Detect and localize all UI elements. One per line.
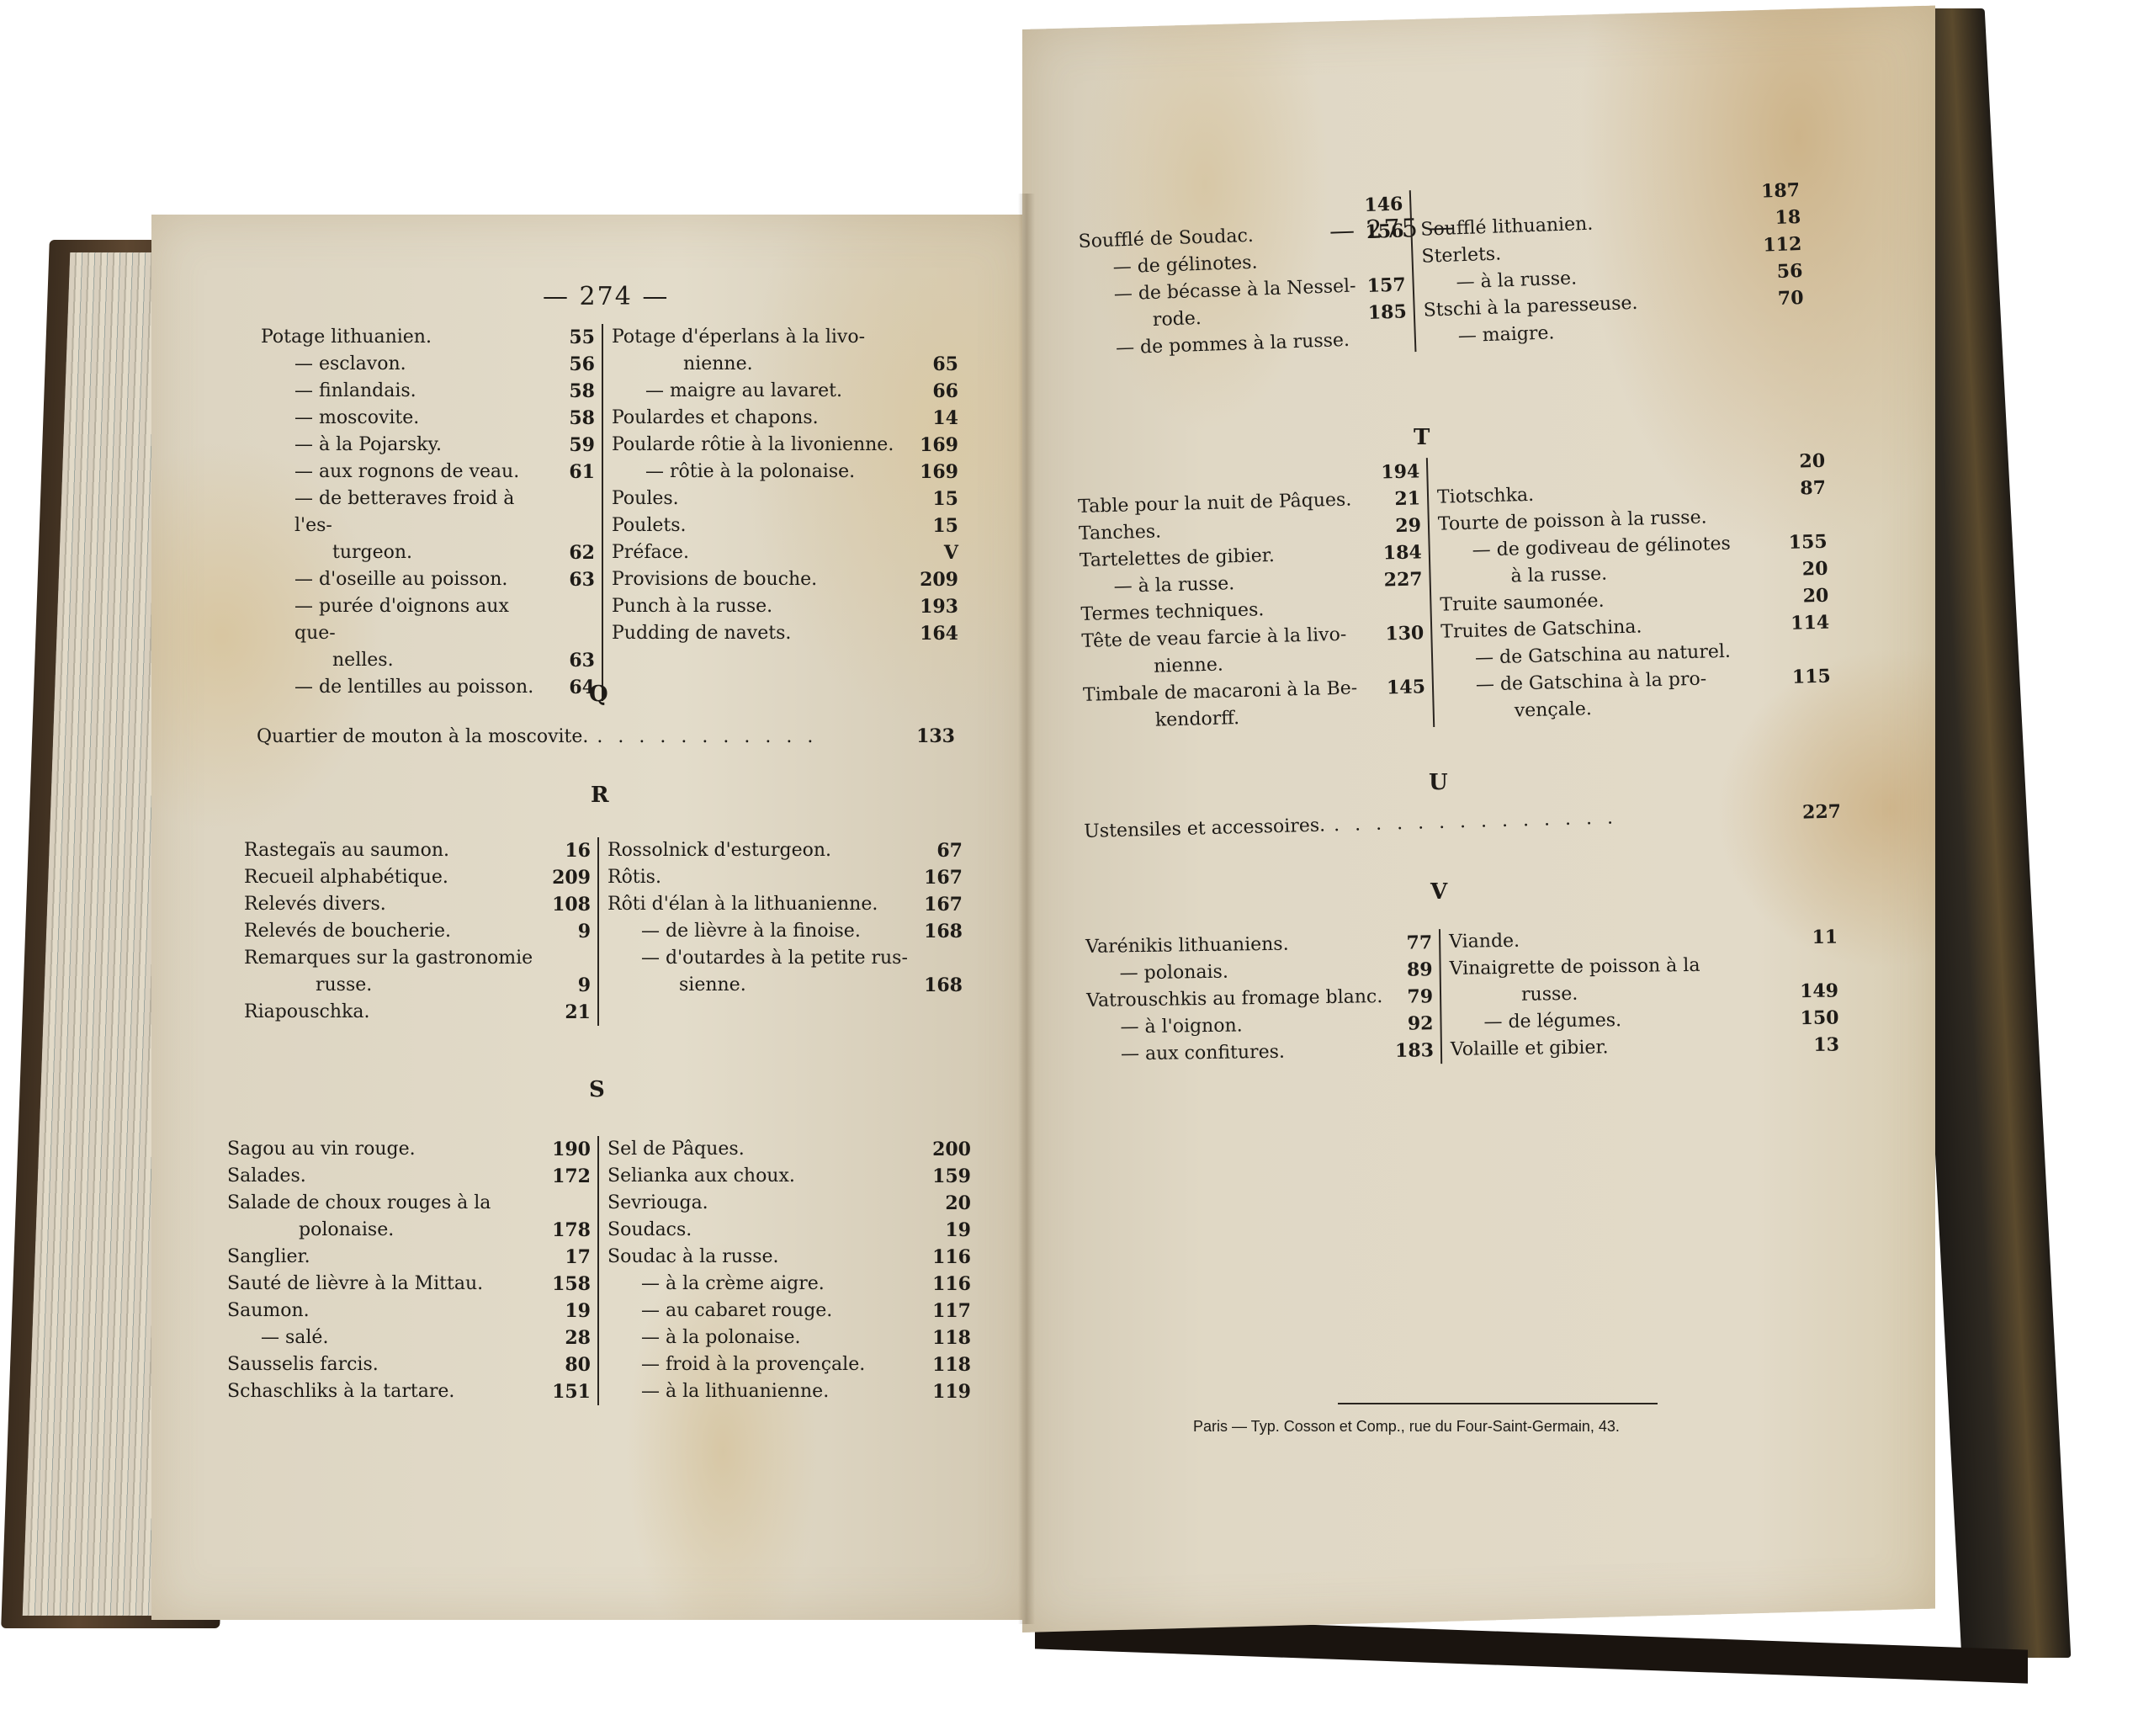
entry-page: 20 [1780,581,1836,610]
entry-page: 168 [914,972,969,999]
entry-page: 19 [542,1298,597,1325]
entry-page: 115 [1781,662,1838,691]
entry-page: 184 [1372,539,1429,567]
entry-page: 21 [1371,485,1428,513]
index-entry: — esclavon.56 [261,351,602,378]
entry-text: Selianka aux choux. [607,1163,922,1190]
index-entry: sienne.168 [607,972,969,999]
index-entry: Relevés divers.108 [244,891,597,918]
index-entry: Rôtis.167 [607,864,969,891]
entry-page: 119 [922,1378,978,1405]
entry-text: Rossolnick d'esturgeon. [607,837,914,864]
entry-page: 227 [1802,800,1842,823]
entry-text: Sevriouga. [607,1190,922,1217]
entry-text: — aux confitures. [1087,1038,1385,1069]
section-letter-t: T [1414,425,1430,450]
open-book: — 274 — Potage lithuanien.55— esclavon.5… [0,0,2154,1736]
entry-text: turgeon. [261,539,546,566]
entry-text: Volaille et gibier. [1451,1032,1791,1064]
entry-page: 15 [910,486,965,512]
entry-text: Poulardes et chapons. [612,405,910,432]
section-letter-v: V [1430,879,1447,905]
entry-text: Riapouschka. [244,999,542,1026]
column-left: 146Soufflé de Soudac.156— de gélinotes.—… [1077,190,1414,364]
index-section-s: Sagou au vin rouge.190Salades.172Salade … [227,1136,978,1405]
column-left: Sagou au vin rouge.190Salades.172Salade … [227,1136,597,1405]
entry-text: Quartier de mouton à la moscovite. [257,726,588,747]
entry-page: 193 [910,593,965,620]
entry-text: nelles. [261,647,546,674]
index-entry: Pudding de navets.164 [612,620,965,647]
index-entry: — purée d'oignons aux que- [261,593,602,647]
entry-page: 18 [1752,204,1808,232]
index-entry: — à la Pojarsky.59 [261,432,602,459]
entry-text: — de lièvre à la finoise. [607,918,914,945]
entry-page: 172 [542,1163,597,1190]
entry-text: Sagou au vin rouge. [227,1136,542,1163]
index-entry-quartier: Quartier de mouton à la moscovite. .....… [257,725,955,747]
entry-page: 169 [910,459,965,486]
entry-page: 133 [916,725,955,747]
entry-page: 28 [542,1325,597,1351]
entry-text: — à la Pojarsky. [261,432,546,459]
index-entry: Rôti d'élan à la lithuanienne.167 [607,891,969,918]
entry-text: Salades. [227,1163,542,1190]
index-entry: — à la polonaise.118 [607,1325,978,1351]
entry-page: 89 [1383,956,1439,984]
entry-text: — à la crème aigre. [607,1271,922,1298]
entry-page: 168 [914,918,969,945]
entry-page: 187 [1751,177,1807,205]
entry-page: 63 [546,647,602,674]
index-entry: Sauté de lièvre à la Mittau.158 [227,1271,597,1298]
index-entry: Sevriouga.20 [607,1190,978,1217]
entry-text: Schaschliks à la tartare. [227,1378,542,1405]
entry-text: Punch à la russe. [612,593,910,620]
entry-text: Préface. [612,539,910,566]
entry-text: Recueil alphabétique. [244,864,542,891]
entry-page: 116 [922,1271,978,1298]
entry-text: Rôtis. [607,864,914,891]
entry-page: 108 [542,891,597,918]
column-left: Varénikis lithuaniens.77— polonais.89Vat… [1085,929,1440,1069]
section-letter-q: Q [589,682,608,707]
index-entry: Relevés de boucherie.9 [244,918,597,945]
index-entry: Riapouschka.21 [244,999,597,1026]
column-right: Rossolnick d'esturgeon.67Rôtis.167Rôti d… [597,837,969,1026]
entry-page: 79 [1384,983,1440,1011]
index-entry: — au cabaret rouge.117 [607,1298,978,1325]
entry-page: 194 [1371,458,1427,486]
index-entry: Potage d'éperlans à la livo- [612,324,965,351]
entry-page: 19 [922,1217,978,1244]
entry-page: 56 [546,351,602,378]
entry-page: 178 [542,1217,597,1244]
entry-text: — moscovite. [261,405,546,432]
entry-page: 156 [1355,217,1411,246]
entry-page: 149 [1790,977,1845,1005]
entry-text: Poulets. [612,512,910,539]
section-letter-u: U [1429,770,1448,795]
entry-page: 130 [1375,619,1431,648]
entry-text: — d'outardes à la petite rus- [607,945,914,972]
column-left: 194Table pour la nuit de Pâques.21Tanche… [1077,458,1433,736]
index-entry: — de betteraves froid à l'es- [261,486,602,539]
entry-page: 159 [922,1163,978,1190]
index-entry: russe.9 [244,972,597,999]
column-right: Sel de Pâques.200Selianka aux choux.159S… [597,1136,978,1405]
entry-text: Salade de choux rouges à la [227,1190,542,1217]
entry-page: 80 [542,1351,597,1378]
entry-page: 58 [546,378,602,405]
index-entry: Soudacs.19 [607,1217,978,1244]
index-entry: turgeon.62 [261,539,602,566]
entry-text: — polonais. [1085,957,1383,988]
entry-page: 190 [542,1136,597,1163]
entry-text: Sauté de lièvre à la Mittau. [227,1271,542,1298]
entry-page: 17 [542,1244,597,1271]
entry-text: Potage d'éperlans à la livo- [612,324,910,351]
index-entry: — finlandais.58 [261,378,602,405]
entry-text: — finlandais. [261,378,546,405]
entry-page: 65 [910,351,965,378]
index-entry: — salé.28 [227,1325,597,1351]
entry-page: 118 [922,1351,978,1378]
entry-text: — à l'oignon. [1086,1011,1384,1042]
entry-text: — d'oseille au poisson. [261,566,546,593]
index-entry: Soudac à la russe.116 [607,1244,978,1271]
entry-page: 20 [922,1190,978,1217]
entry-page: 59 [546,432,602,459]
entry-page: 67 [914,837,969,864]
column-left: Rastegaïs au saumon.16Recueil alphabétiq… [244,837,597,1026]
index-entry: Schaschliks à la tartare.151 [227,1378,597,1405]
index-section-p: Potage lithuanien.55— esclavon.56— finla… [261,324,965,701]
book-gutter [1018,194,1035,1624]
entry-page: 20 [1779,555,1835,583]
index-entry: Préface.V [612,539,965,566]
entry-page: 20 [1776,448,1833,476]
entry-page: 16 [542,837,597,864]
index-entry: Salades.172 [227,1163,597,1190]
entry-text: Varénikis lithuaniens. [1085,930,1383,961]
index-entry: Potage lithuanien.55 [261,324,602,351]
entry-page: 66 [910,378,965,405]
entry-page: 183 [1385,1037,1440,1064]
entry-page: 145 [1377,673,1433,702]
entry-text: Potage lithuanien. [261,324,546,351]
index-entry: Poulardes et chapons.14 [612,405,965,432]
printer-imprint: Paris — Typ. Cosson et Comp., rue du Fou… [1193,1418,1620,1436]
index-entry: Sagou au vin rouge.190 [227,1136,597,1163]
entry-text: Soudac à la russe. [607,1244,922,1271]
entry-text: Soudacs. [607,1217,922,1244]
entry-page: 150 [1790,1004,1845,1032]
entry-page: 92 [1384,1010,1440,1038]
index-entry: Recueil alphabétique.209 [244,864,597,891]
entry-page: 185 [1357,298,1414,326]
entry-text: Rastegaïs au saumon. [244,837,542,864]
entry-text: — purée d'oignons aux que- [261,593,546,647]
entry-page: 158 [542,1271,597,1298]
entry-text: — salé. [227,1325,542,1351]
entry-text: — aux rognons de veau. [261,459,546,486]
index-entry: — rôtie à la polonaise.169 [612,459,965,486]
entry-page: 157 [1356,271,1413,300]
entry-page: 61 [546,459,602,486]
entry-page: 58 [546,405,602,432]
leader-dots: ........... [588,726,916,747]
entry-text: — de lentilles au poisson. [261,674,546,701]
entry-page: 167 [914,891,969,918]
index-entry: Remarques sur la gastronomie [244,945,597,972]
entry-page: 70 [1754,284,1811,313]
entry-text: Poularde rôtie à la livonienne. [612,432,910,459]
entry-page: 227 [1373,565,1430,594]
entry-page: 15 [910,512,965,539]
entry-text: — rôtie à la polonaise. [612,459,910,486]
entry-page: 63 [546,566,602,593]
entry-text: polonaise. [227,1217,542,1244]
entry-text: Relevés divers. [244,891,542,918]
entry-page: 29 [1372,512,1429,540]
column-right: Potage d'éperlans à la livo-nienne.65— m… [602,324,965,701]
index-entry: — de lentilles au poisson.64 [261,674,602,701]
entry-page: 209 [910,566,965,593]
entry-page: 77 [1383,929,1439,957]
entry-page: 209 [542,864,597,891]
index-entry: Poularde rôtie à la livonienne.169 [612,432,965,459]
entry-page: 164 [910,620,965,647]
index-entry: Sanglier.17 [227,1244,597,1271]
footer-rule [1338,1403,1658,1404]
column-right: 187Soufflé lithuanien.18Sterlets.112— à … [1409,177,1812,352]
index-entry: Salade de choux rouges à la [227,1190,597,1217]
index-entry: — à la crème aigre.116 [607,1271,978,1298]
entry-page: 55 [546,324,602,351]
index-section-r: Rastegaïs au saumon.16Recueil alphabétiq… [244,837,969,1026]
entry-page: 21 [542,999,597,1026]
entry-page: 112 [1753,231,1809,259]
entry-text: — de betteraves froid à l'es- [261,486,546,539]
index-entry: Punch à la russe.193 [612,593,965,620]
entry-text: Rôti d'élan à la lithuanienne. [607,891,914,918]
entry-text: Poules. [612,486,910,512]
entry-text: Sanglier. [227,1244,542,1271]
index-entry: — d'outardes à la petite rus- [607,945,969,972]
index-entry: Rastegaïs au saumon.16 [244,837,597,864]
entry-page: 14 [910,405,965,432]
index-entry: — à la lithuanienne.119 [607,1378,978,1405]
index-entry: Poulets.15 [612,512,965,539]
index-entry: nelles.63 [261,647,602,674]
entry-page: 9 [542,918,597,945]
entry-page: 9 [542,972,597,999]
entry-page: 155 [1778,528,1834,556]
entry-text: — à la lithuanienne. [607,1378,922,1405]
index-entry: polonaise.178 [227,1217,597,1244]
entry-text: nienne. [612,351,910,378]
entry-page: 62 [546,539,602,566]
index-section-t: 194Table pour la nuit de Pâques.21Tanche… [1077,448,1838,736]
entry-text: — au cabaret rouge. [607,1298,922,1325]
index-entry: Provisions de bouche.209 [612,566,965,593]
entry-text: russe. [244,972,542,999]
index-entry: — aux confitures.183 [1087,1037,1440,1069]
column-right: 20Tiotschka.87Tourte de poisson à la rus… [1426,448,1838,728]
entry-page: 56 [1753,257,1810,286]
entry-text: Remarques sur la gastronomie [244,945,542,972]
entry-page: 169 [910,432,965,459]
index-entry: — de lièvre à la finoise.168 [607,918,969,945]
entry-page: 11 [1789,923,1844,951]
page-number-274: — 274 — [543,282,669,311]
index-entry: — froid à la provençale.118 [607,1351,978,1378]
entry-text: sienne. [607,972,914,999]
entry-text: — froid à la provençale. [607,1351,922,1378]
index-section-v: Varénikis lithuaniens.77— polonais.89Vat… [1085,923,1846,1069]
entry-page: 118 [922,1325,978,1351]
index-entry: — aux rognons de veau.61 [261,459,602,486]
entry-text: Sausselis farcis. [227,1351,542,1378]
entry-page: 114 [1780,608,1837,637]
entry-text: Provisions de bouche. [612,566,910,593]
index-entry: — moscovite.58 [261,405,602,432]
entry-text: — maigre au lavaret. [612,378,910,405]
entry-page: 13 [1791,1031,1846,1059]
entry-text: Saumon. [227,1298,542,1325]
column-left: Potage lithuanien.55— esclavon.56— finla… [261,324,602,701]
entry-page: 87 [1777,475,1833,503]
entry-text: Pudding de navets. [612,620,910,647]
index-entry: Selianka aux choux.159 [607,1163,978,1190]
entry-page: 167 [914,864,969,891]
section-letter-s: S [589,1077,605,1102]
entry-page: 151 [542,1378,597,1405]
index-entry: — maigre au lavaret.66 [612,378,965,405]
index-entry: Sausselis farcis.80 [227,1351,597,1378]
entry-text: Vatrouschkis au fromage blanc. [1086,984,1384,1015]
entry-text: — esclavon. [261,351,546,378]
entry-text: Sel de Pâques. [607,1136,922,1163]
index-entry: Saumon.19 [227,1298,597,1325]
index-entry: Poules.15 [612,486,965,512]
index-entry: Volaille et gibier.13 [1451,1031,1846,1064]
entry-text: — à la polonaise. [607,1325,922,1351]
index-entry: Sel de Pâques.200 [607,1136,978,1163]
index-entry: Rossolnick d'esturgeon.67 [607,837,969,864]
column-right: Viande.11Vinaigrette de poisson à laruss… [1439,923,1846,1064]
entry-text: Relevés de boucherie. [244,918,542,945]
entry-page: 117 [922,1298,978,1325]
section-letter-r: R [591,783,609,808]
index-entry: nienne.65 [612,351,965,378]
entry-page: 200 [922,1136,978,1163]
index-entry: — d'oseille au poisson.63 [261,566,602,593]
entry-page: 146 [1354,190,1410,219]
entry-page: 116 [922,1244,978,1271]
index-section-s-continued: 146Soufflé de Soudac.156— de gélinotes.—… [1077,177,1812,364]
entry-page: V [910,539,965,566]
